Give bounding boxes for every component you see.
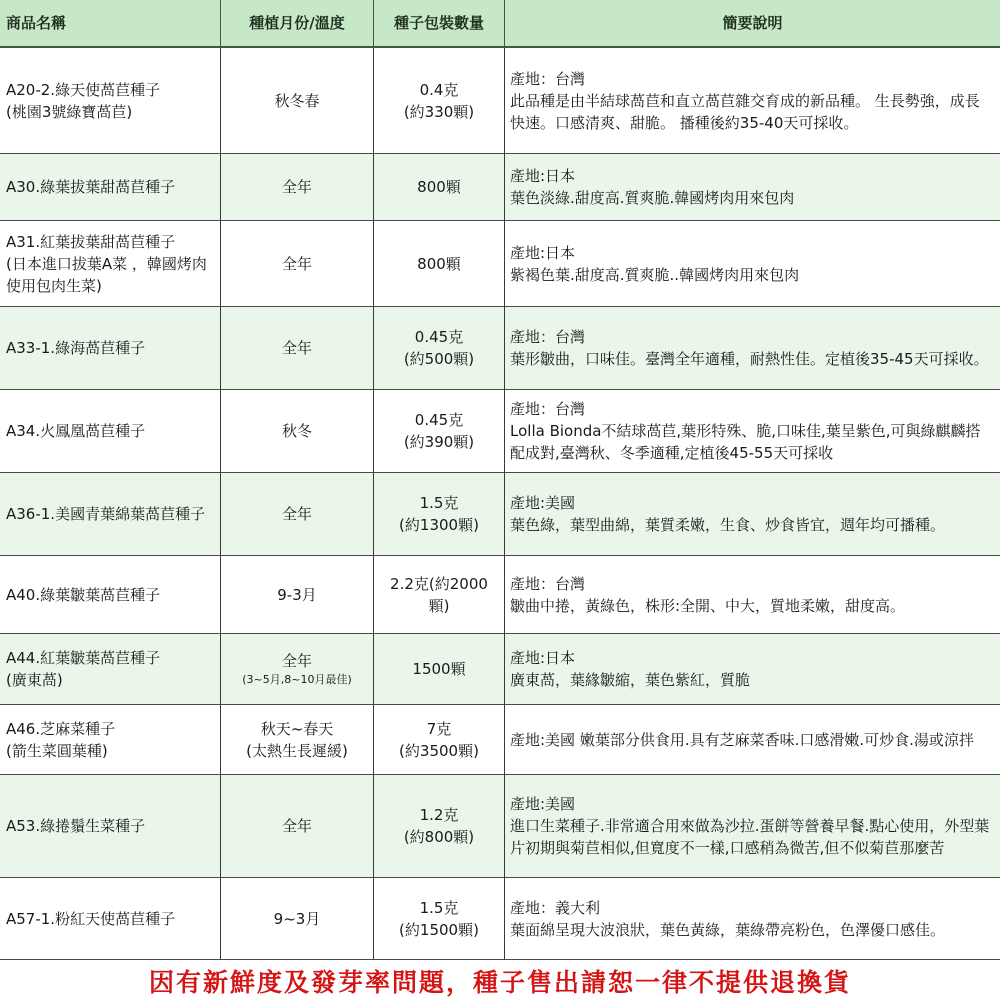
season-cell: 9-3月: [221, 556, 374, 634]
header-description: 簡要說明: [505, 0, 1000, 48]
quantity-cell: 0.45克(約500顆): [374, 307, 505, 390]
description-cell: 產地:日本紫褐色葉.甜度高.質爽脆..韓國烤肉用來包肉: [505, 221, 1000, 307]
season-cell: 全年: [221, 775, 374, 878]
description-cell: 產地：台灣Lolla Bionda不結球萵苣,葉形特殊、脆,口味佳,葉呈紫色,可…: [505, 390, 1000, 473]
quantity-cell: 1500顆: [374, 634, 505, 705]
no-return-notice: 因有新鮮度及發芽率問題，種子售出請恕一律不提供退換貨: [0, 962, 1000, 1000]
quantity-cell: 0.4克(約330顆): [374, 48, 505, 154]
product-name-cell: A20-2.綠天使萵苣種子(桃園3號綠寶萵苣): [0, 48, 221, 154]
seed-product-table: 商品名稱 種植月份/溫度 種子包裝數量 簡要說明 A20-2.綠天使萵苣種子(桃…: [0, 0, 1000, 960]
season-cell: 全年(3~5月,8~10月最佳): [221, 634, 374, 705]
product-name-cell: A30.綠葉拔葉甜萵苣種子: [0, 154, 221, 221]
product-name-cell: A53.綠捲鬚生菜種子: [0, 775, 221, 878]
season-cell: 全年: [221, 473, 374, 556]
product-name-cell: A34.火鳳凰萵苣種子: [0, 390, 221, 473]
quantity-cell: 7克(約3500顆): [374, 705, 505, 775]
quantity-cell: 1.5克(約1300顆): [374, 473, 505, 556]
description-cell: 產地：台灣此品種是由半結球萵苣和直立萵苣雜交育成的新品種。 生長勢強，成長快速。…: [505, 48, 1000, 154]
product-name-cell: A33-1.綠海萵苣種子: [0, 307, 221, 390]
description-cell: 產地:美國 嫩葉部分供食用.具有芝麻菜香味.口感滑嫩.可炒食.湯或涼拌: [505, 705, 1000, 775]
season-cell: 全年: [221, 307, 374, 390]
header-product-name: 商品名稱: [0, 0, 221, 48]
description-cell: 產地：義大利葉面綿呈現大波浪狀，葉色黃綠，葉綠帶亮粉色，色澤優口感佳。: [505, 878, 1000, 960]
description-cell: 產地：台灣葉形皺曲，口味佳。臺灣全年適種，耐熱性佳。定植後35-45天可採收。: [505, 307, 1000, 390]
product-name-cell: A46.芝麻菜種子(箭生菜圓葉種): [0, 705, 221, 775]
season-cell: 全年: [221, 154, 374, 221]
header-package-quantity: 種子包裝數量: [374, 0, 505, 48]
quantity-cell: 1.2克(約800顆): [374, 775, 505, 878]
header-planting-season: 種植月份/溫度: [221, 0, 374, 48]
quantity-cell: 800顆: [374, 154, 505, 221]
season-cell: 9~3月: [221, 878, 374, 960]
quantity-cell: 800顆: [374, 221, 505, 307]
season-cell: 秋冬春: [221, 48, 374, 154]
description-cell: 產地:美國進口生菜種子.非常適合用來做為沙拉.蛋餅等營養早餐.點心使用，外型葉片…: [505, 775, 1000, 878]
product-name-cell: A40.綠葉皺葉萵苣種子: [0, 556, 221, 634]
quantity-cell: 1.5克(約1500顆): [374, 878, 505, 960]
product-name-cell: A44.紅葉皺葉萵苣種子(廣東萵): [0, 634, 221, 705]
season-cell: 秋天~春天(太熱生長遲緩): [221, 705, 374, 775]
description-cell: 產地:日本廣東萵，葉緣皺縮，葉色紫紅，質脆: [505, 634, 1000, 705]
description-cell: 產地:日本葉色淡綠.甜度高.質爽脆.韓國烤肉用來包肉: [505, 154, 1000, 221]
season-cell: 秋冬: [221, 390, 374, 473]
product-name-cell: A57-1.粉紅天使萵苣種子: [0, 878, 221, 960]
product-name-cell: A36-1.美國青葉綿葉萵苣種子: [0, 473, 221, 556]
quantity-cell: 0.45克(約390顆): [374, 390, 505, 473]
description-cell: 產地:美國葉色綠，葉型曲綿，葉質柔嫩，生食、炒食皆宜，週年均可播種。: [505, 473, 1000, 556]
product-name-cell: A31.紅葉拔葉甜萵苣種子(日本進口拔葉A菜 ，韓國烤肉使用包肉生菜): [0, 221, 221, 307]
quantity-cell: 2.2克(約2000顆): [374, 556, 505, 634]
season-cell: 全年: [221, 221, 374, 307]
season-note: (3~5月,8~10月最佳): [242, 672, 352, 688]
description-cell: 產地：台灣皺曲中捲，黃綠色，株形:全開、中大，質地柔嫩，甜度高。: [505, 556, 1000, 634]
